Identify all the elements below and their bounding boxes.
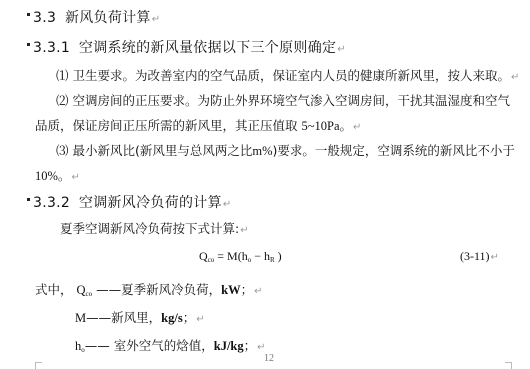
paragraph-mark-icon: ↵ [353, 122, 361, 133]
def-unit: kg/s [161, 311, 183, 325]
section-title: 新风负荷计算 [65, 10, 151, 26]
principle-item-1: ⑴ 卫生要求。为改善室内的空气品质，保证室内人员的健康所新风里，按人来取。↵ [56, 70, 519, 83]
page-corner-mark-left [35, 362, 42, 369]
definition-m: M——新风里，kg/s；↵ [75, 312, 205, 325]
section-heading: 3.3 新风负荷计算↵ [27, 11, 160, 25]
def-end: ； [183, 310, 196, 325]
paragraph-mark-icon: ↵ [152, 14, 161, 25]
paragraph-mark-icon: ↵ [337, 44, 346, 55]
equation: Qco = M(ho − hR ) [199, 250, 282, 264]
item-text-end: 。 [58, 168, 71, 183]
def-desc: 夏季新风冷负荷， [121, 282, 221, 297]
equation-number: (3-11)↵ [460, 250, 499, 263]
item-text: 最小新风比(新风里与总风两之比 [73, 143, 253, 158]
principle-item-3-line2: 10%。↵ [35, 170, 80, 183]
paragraph-mark-icon: ↵ [240, 225, 248, 236]
item-marker: ⑶ [56, 143, 69, 158]
def-unit: kJ/kg [214, 339, 244, 353]
def-dash: —— [96, 282, 121, 297]
def-end: ； [241, 282, 254, 297]
eq-minus: − h [251, 249, 270, 263]
item-text: 空调房间的正压要求。为防止外界环境空气渗入空调房间，干扰其温湿度和空气 [73, 93, 511, 108]
definitions-lead: 式中， [35, 282, 73, 297]
paragraph-mark-icon: ↵ [254, 286, 262, 297]
paragraph-mark-icon: ↵ [511, 72, 519, 83]
paragraph-mark-icon: ↵ [491, 252, 499, 263]
def-symbol: M [75, 311, 86, 325]
formula-intro: 夏季空调新风冷负荷按下式计算:↵ [60, 223, 249, 236]
def-desc: 新风里， [111, 310, 161, 325]
section-number: 3.3 [33, 10, 56, 26]
page-corner-mark-right [505, 362, 512, 369]
item-marker: ⑴ [56, 68, 69, 83]
principle-item-2-line1: ⑵ 空调房间的正压要求。为防止外界环境空气渗入空调房间，干扰其温湿度和空气 [56, 95, 510, 108]
principle-item-2-line2: 品质，保证房间正压所需的新风里，其正压值取 5~10Pa。↵ [35, 120, 361, 133]
principle-item-3-line1: ⑶ 最小新风比(新风里与总风两之比m%)要求。一般规定，空调系统的新风比不小于 [56, 145, 515, 158]
def-unit: kW [221, 283, 240, 297]
def-desc: 室外空气的焓值， [114, 338, 214, 353]
def-dash: —— [86, 310, 111, 325]
def-end: ； [244, 338, 257, 353]
paragraph-mark-icon: ↵ [223, 199, 232, 210]
heading-bullet [27, 43, 30, 46]
subsection-title: 空调系统的新风量依据以下三个原则确定 [79, 40, 336, 56]
subsection-title: 空调新风冷负荷的计算 [79, 195, 222, 211]
ratio-value: 10% [35, 169, 58, 183]
pressure-value: 5~10Pa [301, 119, 339, 133]
def-subscript: co [86, 290, 93, 298]
paragraph-mark-icon: ↵ [71, 172, 79, 183]
paragraph-mark-icon: ↵ [196, 314, 204, 325]
heading-bullet [27, 198, 30, 201]
eq-number-text: (3-11) [460, 249, 490, 263]
definition-h: ho—— 室外空气的焓值，kJ/kg；↵ [75, 340, 266, 354]
subsection-heading-2: 3.3.2 空调新风冷负荷的计算↵ [27, 196, 232, 210]
def-symbol: Q [77, 283, 86, 297]
def-dash: —— [85, 338, 114, 353]
unit-text: m% [252, 144, 272, 158]
page-number: 12 [264, 354, 274, 364]
heading-bullet [27, 13, 30, 16]
item-marker: ⑵ [56, 93, 69, 108]
item-text: 品质，保证房间正压所需的新风里，其正压值取 [35, 118, 301, 133]
item-text: 卫生要求。为改善室内的空气品质，保证室内人员的健康所新风里，按人来取。 [73, 68, 511, 83]
subsection-number: 3.3.2 [33, 195, 70, 211]
eq-close: ) [275, 249, 282, 263]
paragraph-mark-icon: ↵ [257, 342, 265, 353]
intro-text: 夏季空调新风冷负荷按下式计算: [60, 221, 239, 236]
subsection-heading-1: 3.3.1 空调系统的新风量依据以下三个原则确定↵ [27, 41, 346, 55]
definition-q: 式中， Qco ——夏季新风冷负荷，kW；↵ [35, 284, 263, 298]
item-text: )要求。一般规定，空调系统的新风比不小于 [273, 143, 515, 158]
eq-body: = M(h [214, 249, 247, 263]
item-text-end: 。 [340, 118, 353, 133]
subsection-number: 3.3.1 [33, 40, 70, 56]
eq-q-symbol: Q [199, 249, 208, 263]
